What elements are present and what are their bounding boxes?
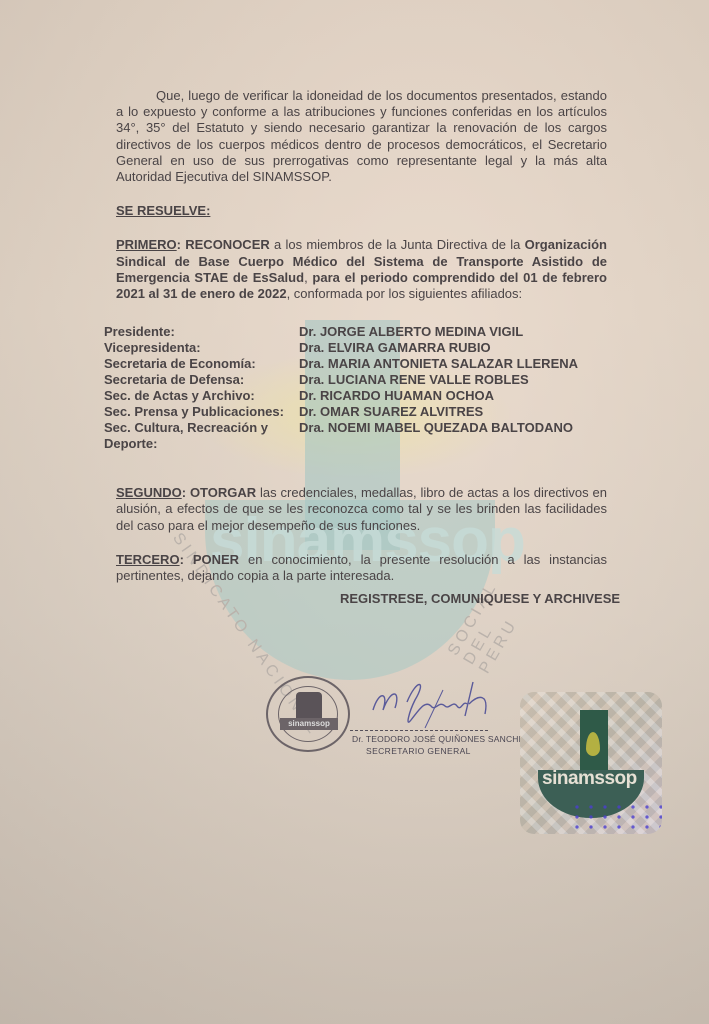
seal-logo-icon bbox=[296, 692, 322, 718]
member-row: Secretaria de Economía:Dra. MARIA ANTONI… bbox=[104, 356, 607, 372]
member-role: Secretaria de Economía: bbox=[104, 356, 299, 372]
member-row: Sec. Cultura, Recreación y Deporte:Dra. … bbox=[104, 420, 607, 452]
seal-label: sinamssop bbox=[280, 718, 338, 730]
resolution-body: Que, luego de verificar la idoneidad de … bbox=[116, 88, 607, 584]
clause-colon: : bbox=[177, 237, 186, 252]
member-role: Sec. de Actas y Archivo: bbox=[104, 388, 299, 404]
member-row: Sec. de Actas y Archivo:Dr. RICARDO HUAM… bbox=[104, 388, 607, 404]
member-name: Dr. JORGE ALBERTO MEDINA VIGIL bbox=[299, 324, 607, 340]
member-role: Sec. Cultura, Recreación y Deporte: bbox=[104, 420, 299, 452]
member-role: Secretaria de Defensa: bbox=[104, 372, 299, 388]
clause-text: , conformada por los siguientes afiliado… bbox=[287, 286, 523, 301]
clause-verb: PONER bbox=[193, 552, 239, 567]
signature-line bbox=[350, 730, 488, 731]
member-role: Sec. Prensa y Publicaciones: bbox=[104, 404, 299, 420]
clause-primero: PRIMERO: RECONOCER a los miembros de la … bbox=[116, 237, 607, 302]
hologram-security-sticker: sinamssop bbox=[520, 692, 662, 834]
clause-segundo: SEGUNDO: OTORGAR las credenciales, medal… bbox=[116, 485, 607, 534]
clause-colon: : bbox=[180, 552, 193, 567]
member-row: Secretaria de Defensa:Dra. LUCIANA RENE … bbox=[104, 372, 607, 388]
member-name: Dra. LUCIANA RENE VALLE ROBLES bbox=[299, 372, 607, 388]
member-name: Dra. NOEMI MABEL QUEZADA BALTODANO bbox=[299, 420, 607, 452]
member-row: Sec. Prensa y Publicaciones:Dr. OMAR SUA… bbox=[104, 404, 607, 420]
resolve-heading-text: SE RESUELVE bbox=[116, 203, 206, 218]
intro-paragraph: Que, luego de verificar la idoneidad de … bbox=[116, 88, 607, 185]
union-seal-stamp: sinamssop bbox=[266, 676, 350, 752]
member-row: Vicepresidenta:Dra. ELVIRA GAMARRA RUBIO bbox=[104, 340, 607, 356]
board-members-list: Presidente:Dr. JORGE ALBERTO MEDINA VIGI… bbox=[104, 324, 607, 452]
watermark-ring-text-right: SOCIAL DEL PERU bbox=[445, 572, 537, 677]
clause-verb: OTORGAR bbox=[190, 485, 256, 500]
handwritten-signature bbox=[365, 670, 505, 730]
member-role: Presidente: bbox=[104, 324, 299, 340]
hologram-uv-dots bbox=[570, 802, 662, 834]
member-name: Dr. OMAR SUAREZ ALVITRES bbox=[299, 404, 607, 420]
resolve-colon: : bbox=[206, 203, 210, 218]
hologram-logo-text: sinamssop bbox=[542, 768, 637, 790]
clause-text: a los miembros de la Junta Directiva de … bbox=[270, 237, 525, 252]
member-role: Vicepresidenta: bbox=[104, 340, 299, 356]
member-name: Dr. RICARDO HUAMAN OCHOA bbox=[299, 388, 607, 404]
signer-name: Dr. TEODORO JOSÉ QUIÑONES SANCHEZ bbox=[352, 734, 530, 744]
member-row: Presidente:Dr. JORGE ALBERTO MEDINA VIGI… bbox=[104, 324, 607, 340]
resolve-heading: SE RESUELVE: bbox=[116, 203, 607, 219]
clause-label: TERCERO bbox=[116, 552, 180, 567]
clause-colon: : bbox=[182, 485, 190, 500]
clause-verb: RECONOCER bbox=[185, 237, 270, 252]
clause-label: SEGUNDO bbox=[116, 485, 182, 500]
signer-title: SECRETARIO GENERAL bbox=[366, 746, 471, 756]
clause-tercero: TERCERO: PONER en conocimiento, la prese… bbox=[116, 552, 607, 584]
clause-label: PRIMERO bbox=[116, 237, 177, 252]
member-name: Dra. ELVIRA GAMARRA RUBIO bbox=[299, 340, 607, 356]
member-name: Dra. MARIA ANTONIETA SALAZAR LLERENA bbox=[299, 356, 607, 372]
closing-formula: REGISTRESE, COMUNIQUESE Y ARCHIVESE bbox=[340, 591, 620, 606]
